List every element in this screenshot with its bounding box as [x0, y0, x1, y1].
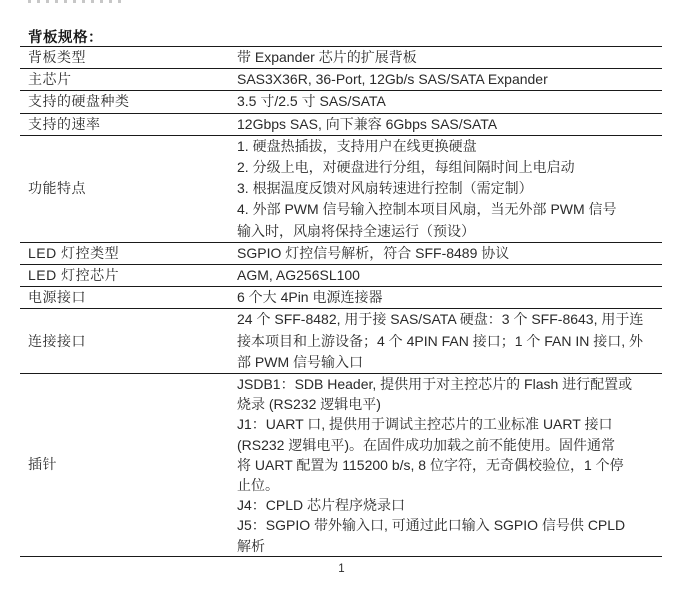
row-label: 插针	[20, 454, 229, 475]
row-value: 1. 硬盘热插拔，支持用户在线更换硬盘 2. 分级上电，对硬盘进行分组，每组间隔…	[229, 136, 662, 242]
row-value: SAS3X36R, 36-Port, 12Gb/s SAS/SATA Expan…	[229, 69, 662, 90]
row-value: SGPIO 灯控信号解析，符合 SFF-8489 协议	[229, 243, 662, 264]
row-value-line: 4. 外部 PWM 信号输入控制本项目风扇，当无外部 PWM 信号	[237, 199, 660, 220]
row-value-line: J5：SGPIO 带外输入口, 可通过此口输入 SGPIO 信号供 CPLD	[237, 515, 660, 535]
row-value: 12Gbps SAS, 向下兼容 6Gbps SAS/SATA	[229, 114, 662, 135]
row-value-line: 带 Expander 芯片的扩展背板	[237, 47, 660, 68]
row-value: 24 个 SFF-8482, 用于接 SAS/SATA 硬盘：3 个 SFF-8…	[229, 309, 662, 373]
row-value-line: SAS3X36R, 36-Port, 12Gb/s SAS/SATA Expan…	[237, 69, 660, 90]
row-value-line: 24 个 SFF-8482, 用于接 SAS/SATA 硬盘：3 个 SFF-8…	[237, 309, 660, 330]
row-value: 带 Expander 芯片的扩展背板	[229, 47, 662, 68]
row-value-line: AGM, AG256SL100	[237, 265, 660, 286]
table-row: 支持的硬盘种类 3.5 寸/2.5 寸 SAS/SATA	[20, 91, 662, 113]
row-value-line: 部 PWM 信号输入口	[237, 352, 660, 373]
table-row: 支持的速率 12Gbps SAS, 向下兼容 6Gbps SAS/SATA	[20, 114, 662, 136]
row-value-line: 3. 根据温度反馈对风扇转速进行控制（需定制）	[237, 178, 660, 199]
row-label: 支持的硬盘种类	[20, 91, 229, 112]
row-value-line: JSDB1：SDB Header, 提供用于对主控芯片的 Flash 进行配置或	[237, 374, 660, 394]
row-value-line: 3.5 寸/2.5 寸 SAS/SATA	[237, 91, 660, 112]
row-value-line: (RS232 逻辑电平)。在固件成功加载之前不能使用。固件通常	[237, 435, 660, 455]
row-label: 背板类型	[20, 47, 229, 68]
row-label: 支持的速率	[20, 114, 229, 135]
row-label: 功能特点	[20, 178, 229, 199]
row-value: 6 个大 4Pin 电源连接器	[229, 287, 662, 308]
row-value-line: J4：CPLD 芯片程序烧录口	[237, 495, 660, 515]
row-value-line: 输入时，风扇将保持全速运行（预设）	[237, 221, 660, 242]
row-value-line: 2. 分级上电，对硬盘进行分组，每组间隔时间上电启动	[237, 157, 660, 178]
table-row: 背板类型 带 Expander 芯片的扩展背板	[20, 47, 662, 69]
table-row: LED 灯控芯片 AGM, AG256SL100	[20, 265, 662, 287]
row-value: 3.5 寸/2.5 寸 SAS/SATA	[229, 91, 662, 112]
row-label: LED 灯控类型	[20, 243, 229, 264]
row-value-line: 接本项目和上游设备；4 个 4PIN FAN 接口；1 个 FAN IN 接口,…	[237, 331, 660, 352]
row-value-line: 12Gbps SAS, 向下兼容 6Gbps SAS/SATA	[237, 114, 660, 135]
row-label: 主芯片	[20, 69, 229, 90]
spec-table: 背板类型 带 Expander 芯片的扩展背板 主芯片 SAS3X36R, 36…	[20, 46, 662, 557]
row-value: JSDB1：SDB Header, 提供用于对主控芯片的 Flash 进行配置或…	[229, 374, 662, 556]
row-value-line: J1：UART 口, 提供用于调试主控芯片的工业标准 UART 接口	[237, 414, 660, 434]
row-value-line: 1. 硬盘热插拔，支持用户在线更换硬盘	[237, 136, 660, 157]
table-row: 连接接口 24 个 SFF-8482, 用于接 SAS/SATA 硬盘：3 个 …	[20, 309, 662, 374]
table-row: LED 灯控类型 SGPIO 灯控信号解析，符合 SFF-8489 协议	[20, 243, 662, 265]
row-value-line: 解析	[237, 536, 660, 556]
row-value-line: SGPIO 灯控信号解析，符合 SFF-8489 协议	[237, 243, 660, 264]
page-number: 1	[0, 563, 683, 575]
document-page: 背板规格： 背板类型 带 Expander 芯片的扩展背板 主芯片 SAS3X3…	[0, 0, 683, 597]
table-row: 主芯片 SAS3X36R, 36-Port, 12Gb/s SAS/SATA E…	[20, 69, 662, 91]
cut-off-text-fragment	[28, 0, 124, 3]
row-value-line: 烧录 (RS232 逻辑电平)	[237, 394, 660, 414]
row-value: AGM, AG256SL100	[229, 265, 662, 286]
row-value-line: 将 UART 配置为 115200 b/s, 8 位字符，无奇偶校验位，1 个停	[237, 455, 660, 475]
table-row: 功能特点 1. 硬盘热插拔，支持用户在线更换硬盘 2. 分级上电，对硬盘进行分组…	[20, 136, 662, 243]
table-row: 电源接口 6 个大 4Pin 电源连接器	[20, 287, 662, 309]
row-value-line: 止位。	[237, 475, 660, 495]
table-row: 插针 JSDB1：SDB Header, 提供用于对主控芯片的 Flash 进行…	[20, 374, 662, 557]
row-label: 连接接口	[20, 331, 229, 352]
row-value-line: 6 个大 4Pin 电源连接器	[237, 287, 660, 308]
row-label: LED 灯控芯片	[20, 265, 229, 286]
row-label: 电源接口	[20, 287, 229, 308]
section-title: 背板规格：	[28, 26, 103, 47]
